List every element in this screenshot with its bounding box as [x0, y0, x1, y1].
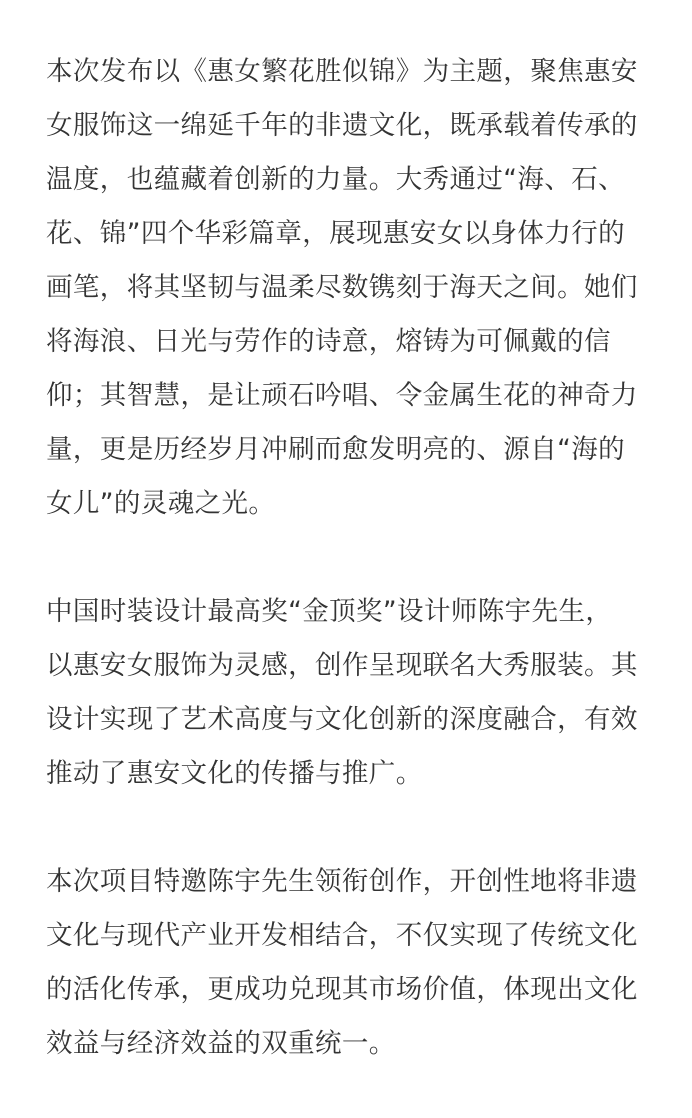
paragraph-2: 中国时装设计最高奖“金顶奖”设计师陈宇先生， 以惠安女服饰为灵感，创作呈现联名大… [46, 585, 648, 801]
text-line: 温度，也蕴藏着创新的力量。大秀通过“海、石、 [46, 153, 648, 207]
article-body: 本次发布以《惠女繁花胜似锦》为主题，聚焦惠安 女服饰这一绵延千年的非遗文化，既承… [46, 45, 648, 1118]
text-line: 花、锦”四个华彩篇章，展现惠安女以身体力行的 [46, 207, 648, 261]
text-line: 女服饰这一绵延千年的非遗文化，既承载着传承的 [46, 99, 648, 153]
text-line: 量，更是历经岁月冲刷而愈发明亮的、源自“海的 [46, 423, 648, 477]
text-line: 设计实现了艺术高度与文化创新的深度融合，有效 [46, 693, 648, 747]
text-line: 以惠安女服饰为灵感，创作呈现联名大秀服装。其 [46, 639, 648, 693]
text-line: 本次发布以《惠女繁花胜似锦》为主题，聚焦惠安 [46, 45, 648, 99]
text-line: 本次项目特邀陈宇先生领衔创作，开创性地将非遗 [46, 855, 648, 909]
paragraph-3: 本次项目特邀陈宇先生领衔创作，开创性地将非遗 文化与现代产业开发相结合，不仅实现… [46, 855, 648, 1071]
text-line: 文化与现代产业开发相结合，不仅实现了传统文化 [46, 909, 648, 963]
text-line: 中国时装设计最高奖“金顶奖”设计师陈宇先生， [46, 585, 648, 639]
text-line: 女儿”的灵魂之光。 [46, 477, 648, 531]
text-line: 将海浪、日光与劳作的诗意，熔铸为可佩戴的信 [46, 315, 648, 369]
text-line: 的活化传承，更成功兑现其市场价值，体现出文化 [46, 963, 648, 1017]
text-line: 效益与经济效益的双重统一。 [46, 1017, 648, 1071]
text-line: 推动了惠安文化的传播与推广。 [46, 747, 648, 801]
text-line: 仰；其智慧，是让顽石吟唱、令金属生花的神奇力 [46, 369, 648, 423]
paragraph-1: 本次发布以《惠女繁花胜似锦》为主题，聚焦惠安 女服饰这一绵延千年的非遗文化，既承… [46, 45, 648, 531]
text-line: 画笔，将其坚韧与温柔尽数镌刻于海天之间。她们 [46, 261, 648, 315]
